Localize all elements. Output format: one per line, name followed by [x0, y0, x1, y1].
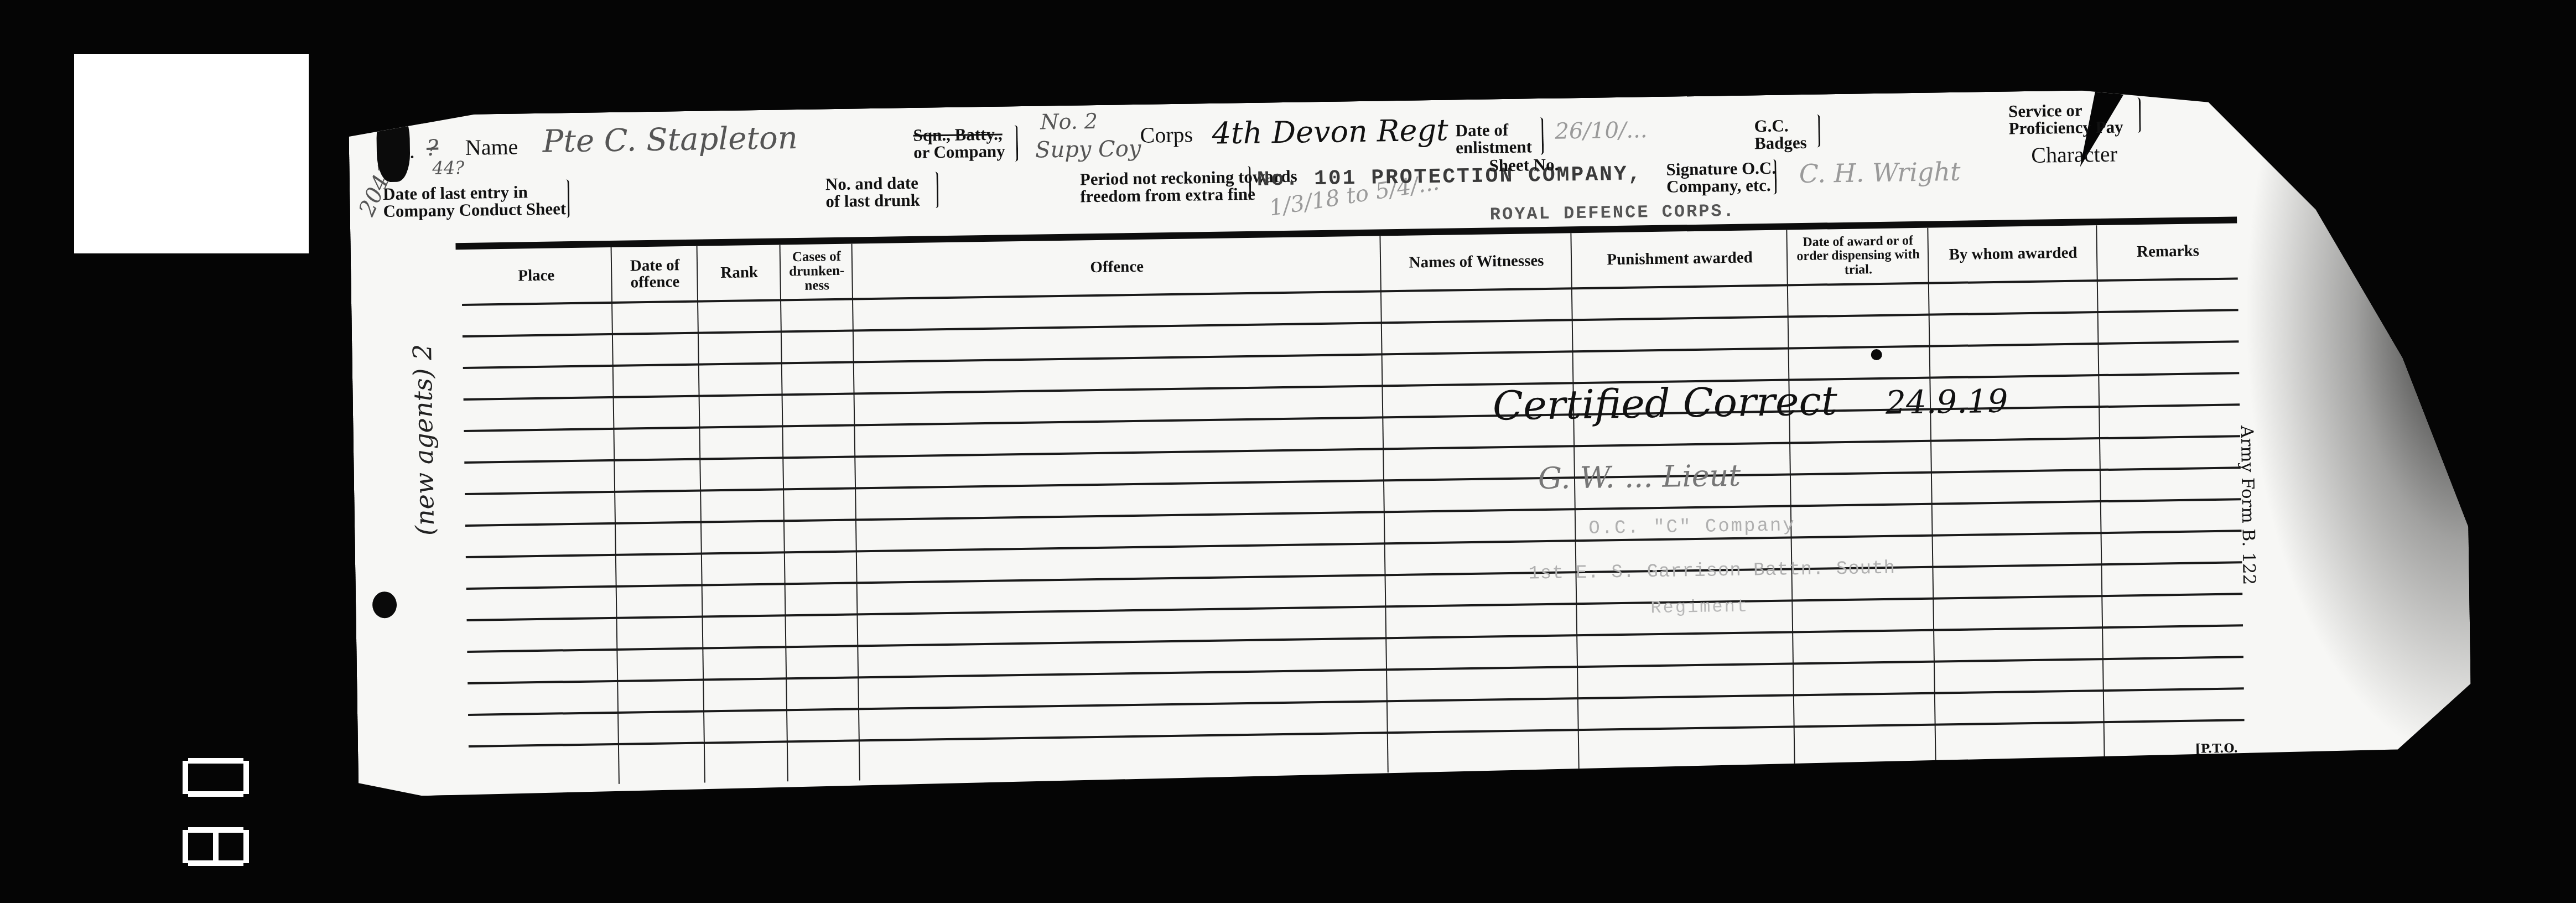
gc-badges-brace [1815, 115, 1820, 148]
ink-blot [376, 110, 411, 182]
corps-value: 4th Devon Regt [1212, 116, 1448, 149]
date-enlistment-brace [1538, 117, 1544, 155]
col-head-witnesses: Names of Witnesses [1380, 233, 1572, 290]
col-head-rank: Rank [698, 245, 781, 300]
officer-signature: G. W. ... Lieut [1538, 461, 1741, 494]
edge-hole [2319, 175, 2342, 200]
character-label: Character [2031, 143, 2117, 167]
service-pay-brace [2136, 97, 2141, 133]
col-date-award: Date of award or of order dispensing wit… [1786, 228, 1936, 767]
date-enlistment-label: Date of enlistment [1455, 121, 1532, 156]
col-witnesses: Names of Witnesses [1379, 233, 1579, 772]
last-entry-label: Date of last entry in Company Conduct Sh… [383, 183, 567, 220]
col-remarks: Remarks [2096, 223, 2246, 762]
last-drunk-label: No. and date of last drunk [825, 174, 920, 210]
offence-table: Place Date of offence Rank Cases of drun… [461, 223, 2245, 786]
signature-oc-brace [1771, 159, 1777, 195]
unit-stamp-line2: ROYAL DEFENCE CORPS. [1490, 201, 1736, 225]
army-form-id: Army Form B. 122 [2237, 425, 2259, 585]
sheet-no-label: Sheet No. [1489, 156, 1559, 174]
last-drunk-brace [933, 172, 939, 208]
corps-label: Corps [1140, 123, 1193, 146]
col-rank: Rank [697, 245, 788, 782]
sqn-value-1: No. 2 [1040, 111, 1098, 133]
last-entry-brace [564, 179, 570, 218]
edge-shadow [2241, 85, 2472, 769]
sqn-label: Sqn., Batty., or Company [913, 125, 1005, 160]
signature-oc-label: Signature O.C. Company, etc. [1666, 159, 1776, 195]
col-head-date-offence: Date of offence [612, 246, 698, 302]
col-drunkenness: Cases of drunken-ness [780, 244, 860, 782]
frame-number-marker: 80 [183, 758, 255, 869]
sqn-brace [1012, 125, 1018, 162]
col-date-offence: Date of offence [611, 246, 705, 784]
no-value: ? [427, 137, 439, 159]
blank-white-card [74, 54, 309, 253]
col-offence: Offence [851, 236, 1389, 780]
no-value-below: 44? [432, 159, 464, 177]
col-head-offence: Offence [853, 236, 1382, 298]
col-head-place: Place [461, 247, 611, 304]
conduct-sheet: 204121. No. ? 44? Name Pte C. Stapleton … [349, 85, 2472, 797]
name-value: Pte C. Stapleton [542, 123, 798, 158]
service-pay-label: Service or Proficiency Pay [2008, 101, 2123, 137]
certified-date: 24.9.19 [1886, 385, 2008, 419]
col-head-awarded-by: By whom awarded [1928, 225, 2097, 282]
pto-note: [P.T.O. [2195, 741, 2238, 756]
certified-correct: Certified Correct [1492, 381, 1837, 425]
signature-oc-value: C. H. Wright [1799, 159, 1960, 186]
col-head-drunkenness: Cases of drunken-ness [781, 244, 853, 299]
side-note: (new agents) 2 [407, 344, 440, 536]
col-place: Place [461, 247, 619, 786]
unit-stamp-line1: No. 101 PROTECTION COMPANY, [1257, 162, 1643, 191]
punch-hole [372, 591, 397, 619]
date-enlistment-value: 26/10/... [1555, 119, 1647, 142]
faint-stamp-1: O.C. "C" Company [1588, 515, 1796, 539]
col-punishment: Punishment awarded [1570, 230, 1795, 770]
name-label: Name [465, 136, 518, 158]
period-brace [1246, 166, 1251, 200]
col-head-date-award: Date of award or of order dispensing wit… [1787, 228, 1929, 284]
faint-stamp-3: Regiment [1650, 596, 1749, 619]
col-awarded-by: By whom awarded [1927, 225, 2105, 764]
gc-badges-label: G.C. Badges [1754, 117, 1807, 152]
col-head-punishment: Punishment awarded [1571, 230, 1788, 287]
sqn-value-2: Supy Coy [1035, 138, 1141, 162]
col-head-remarks: Remarks [2097, 223, 2239, 279]
